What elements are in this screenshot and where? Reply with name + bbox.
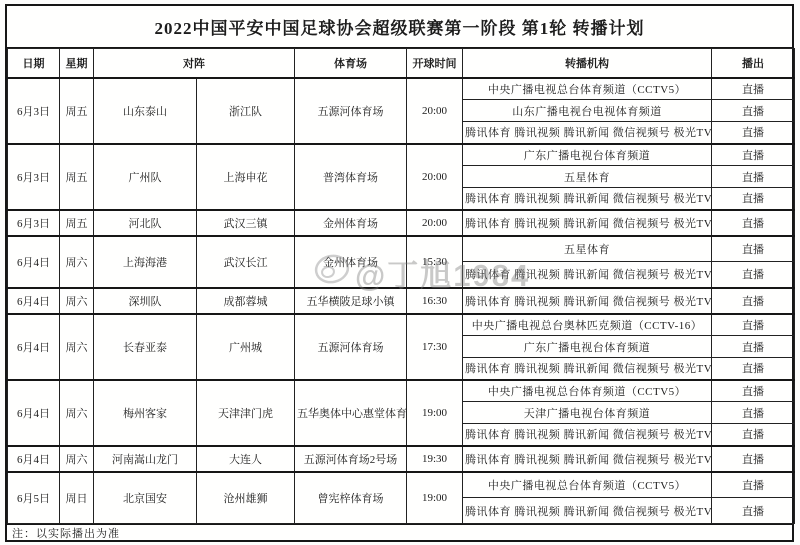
home-team-cell: 广州队: [94, 144, 197, 210]
kickoff-time-cell: 20:00: [407, 78, 463, 144]
table-row: 6月5日周日北京国安沧州雄狮曾宪梓体育场19:00中央广播电视总台体育频道（CC…: [8, 472, 795, 498]
header-matchup: 对阵: [94, 49, 295, 78]
away-team-cell: 广州城: [197, 314, 295, 380]
broadcast-status-cell: 直播: [712, 288, 795, 314]
home-team-cell: 河北队: [94, 210, 197, 236]
broadcast-status-cell: 直播: [712, 380, 795, 402]
date-cell: 6月3日: [8, 78, 60, 144]
week-cell: 周六: [60, 288, 94, 314]
kickoff-time-cell: 20:00: [407, 210, 463, 236]
table-header-row: 日期 星期 对阵 体育场 开球时间 转播机构 播出: [8, 49, 795, 78]
week-cell: 周五: [60, 78, 94, 144]
home-team-cell: 北京国安: [94, 472, 197, 524]
kickoff-time-cell: 19:30: [407, 446, 463, 472]
broadcaster-cell: 广东广播电视台体育频道: [463, 336, 712, 358]
broadcaster-cell: 中央广播电视总台体育频道（CCTV5）: [463, 472, 712, 498]
table-row: 6月3日周五山东泰山浙江队五源河体育场20:00中央广播电视总台体育频道（CCT…: [8, 78, 795, 100]
broadcast-status-cell: 直播: [712, 78, 795, 100]
week-cell: 周五: [60, 210, 94, 236]
broadcaster-cell: 广东广播电视台体育频道: [463, 144, 712, 166]
stadium-cell: 曾宪梓体育场: [295, 472, 407, 524]
broadcast-status-cell: 直播: [712, 100, 795, 122]
kickoff-time-cell: 16:30: [407, 288, 463, 314]
table-row: 6月4日周六上海海港武汉长江金州体育场15:30五星体育直播: [8, 236, 795, 262]
week-cell: 周日: [60, 472, 94, 524]
kickoff-time-cell: 17:30: [407, 314, 463, 380]
broadcaster-cell: 山东广播电视台电视体育频道: [463, 100, 712, 122]
broadcast-status-cell: 直播: [712, 188, 795, 210]
header-kickoff: 开球时间: [407, 49, 463, 78]
date-cell: 6月3日: [8, 210, 60, 236]
date-cell: 6月4日: [8, 380, 60, 446]
away-team-cell: 浙江队: [197, 78, 295, 144]
stadium-cell: 金州体育场: [295, 236, 407, 288]
away-team-cell: 沧州雄狮: [197, 472, 295, 524]
header-date: 日期: [8, 49, 60, 78]
broadcaster-cell: 腾讯体育 腾讯视频 腾讯新闻 微信视频号 极光TV 企鹅体育: [463, 424, 712, 446]
stadium-cell: 普湾体育场: [295, 144, 407, 210]
broadcaster-cell: 五星体育: [463, 166, 712, 188]
away-team-cell: 武汉三镇: [197, 210, 295, 236]
broadcaster-cell: 天津广播电视台体育频道: [463, 402, 712, 424]
table-row: 6月4日周六梅州客家天津津门虎五华奥体中心惠堂体育场19:00中央广播电视总台体…: [8, 380, 795, 402]
date-cell: 6月4日: [8, 446, 60, 472]
header-week: 星期: [60, 49, 94, 78]
table-row: 6月4日周六深圳队成都蓉城五华横陂足球小镇16:30腾讯体育 腾讯视频 腾讯新闻…: [8, 288, 795, 314]
footer-note: 注：以实际播出为准: [7, 524, 792, 541]
broadcast-status-cell: 直播: [712, 122, 795, 144]
table-row: 6月3日周五河北队武汉三镇金州体育场20:00腾讯体育 腾讯视频 腾讯新闻 微信…: [8, 210, 795, 236]
away-team-cell: 天津津门虎: [197, 380, 295, 446]
broadcaster-cell: 中央广播电视总台奥林匹克频道（CCTV-16）: [463, 314, 712, 336]
table-row: 6月3日周五广州队上海申花普湾体育场20:00广东广播电视台体育频道直播: [8, 144, 795, 166]
page-title: 2022中国平安中国足球协会超级联赛第一阶段 第1轮 转播计划: [7, 6, 792, 48]
broadcast-status-cell: 直播: [712, 472, 795, 498]
broadcaster-cell: 腾讯体育 腾讯视频 腾讯新闻 微信视频号 极光TV: [463, 262, 712, 288]
week-cell: 周六: [60, 446, 94, 472]
stadium-cell: 五源河体育场: [295, 314, 407, 380]
table-row: 6月4日周六河南嵩山龙门大连人五源河体育场2号场19:30腾讯体育 腾讯视频 腾…: [8, 446, 795, 472]
kickoff-time-cell: 20:00: [407, 144, 463, 210]
broadcast-schedule-sheet: 2022中国平安中国足球协会超级联赛第一阶段 第1轮 转播计划 日期 星期 对阵…: [5, 4, 794, 542]
stadium-cell: 金州体育场: [295, 210, 407, 236]
week-cell: 周六: [60, 314, 94, 380]
broadcaster-cell: 腾讯体育 腾讯视频 腾讯新闻 微信视频号 极光TV 企鹅体育: [463, 498, 712, 524]
home-team-cell: 梅州客家: [94, 380, 197, 446]
broadcast-status-cell: 直播: [712, 402, 795, 424]
week-cell: 周六: [60, 236, 94, 288]
home-team-cell: 山东泰山: [94, 78, 197, 144]
home-team-cell: 河南嵩山龙门: [94, 446, 197, 472]
broadcaster-cell: 腾讯体育 腾讯视频 腾讯新闻 微信视频号 极光TV: [463, 446, 712, 472]
header-stadium: 体育场: [295, 49, 407, 78]
date-cell: 6月3日: [8, 144, 60, 210]
broadcaster-cell: 腾讯体育 腾讯视频 腾讯新闻 微信视频号 极光TV: [463, 288, 712, 314]
stadium-cell: 五华奥体中心惠堂体育场: [295, 380, 407, 446]
header-broadcast: 播出: [712, 49, 795, 78]
away-team-cell: 上海申花: [197, 144, 295, 210]
broadcast-status-cell: 直播: [712, 336, 795, 358]
stadium-cell: 五华横陂足球小镇: [295, 288, 407, 314]
date-cell: 6月4日: [8, 314, 60, 380]
stadium-cell: 五源河体育场2号场: [295, 446, 407, 472]
away-team-cell: 成都蓉城: [197, 288, 295, 314]
date-cell: 6月5日: [8, 472, 60, 524]
broadcast-status-cell: 直播: [712, 236, 795, 262]
schedule-table: 日期 星期 对阵 体育场 开球时间 转播机构 播出 6月3日周五山东泰山浙江队五…: [7, 48, 795, 524]
schedule-table-body: 6月3日周五山东泰山浙江队五源河体育场20:00中央广播电视总台体育频道（CCT…: [8, 78, 795, 524]
broadcast-status-cell: 直播: [712, 262, 795, 288]
broadcast-status-cell: 直播: [712, 358, 795, 380]
week-cell: 周六: [60, 380, 94, 446]
broadcaster-cell: 五星体育: [463, 236, 712, 262]
away-team-cell: 大连人: [197, 446, 295, 472]
date-cell: 6月4日: [8, 236, 60, 288]
broadcaster-cell: 腾讯体育 腾讯视频 腾讯新闻 微信视频号 极光TV: [463, 210, 712, 236]
home-team-cell: 长春亚泰: [94, 314, 197, 380]
away-team-cell: 武汉长江: [197, 236, 295, 288]
broadcast-status-cell: 直播: [712, 314, 795, 336]
broadcast-status-cell: 直播: [712, 424, 795, 446]
broadcaster-cell: 中央广播电视总台体育频道（CCTV5）: [463, 78, 712, 100]
broadcast-status-cell: 直播: [712, 144, 795, 166]
kickoff-time-cell: 19:00: [407, 472, 463, 524]
broadcast-status-cell: 直播: [712, 210, 795, 236]
stadium-cell: 五源河体育场: [295, 78, 407, 144]
broadcaster-cell: 腾讯体育 腾讯视频 腾讯新闻 微信视频号 极光TV: [463, 188, 712, 210]
home-team-cell: 上海海港: [94, 236, 197, 288]
kickoff-time-cell: 15:30: [407, 236, 463, 288]
date-cell: 6月4日: [8, 288, 60, 314]
broadcast-status-cell: 直播: [712, 446, 795, 472]
kickoff-time-cell: 19:00: [407, 380, 463, 446]
week-cell: 周五: [60, 144, 94, 210]
broadcaster-cell: 中央广播电视总台体育频道（CCTV5）: [463, 380, 712, 402]
home-team-cell: 深圳队: [94, 288, 197, 314]
broadcast-status-cell: 直播: [712, 166, 795, 188]
broadcaster-cell: 腾讯体育 腾讯视频 腾讯新闻 微信视频号 极光TV 企鹅体育: [463, 122, 712, 144]
header-broadcaster: 转播机构: [463, 49, 712, 78]
broadcast-status-cell: 直播: [712, 498, 795, 524]
table-row: 6月4日周六长春亚泰广州城五源河体育场17:30中央广播电视总台奥林匹克频道（C…: [8, 314, 795, 336]
broadcaster-cell: 腾讯体育 腾讯视频 腾讯新闻 微信视频号 极光TV: [463, 358, 712, 380]
